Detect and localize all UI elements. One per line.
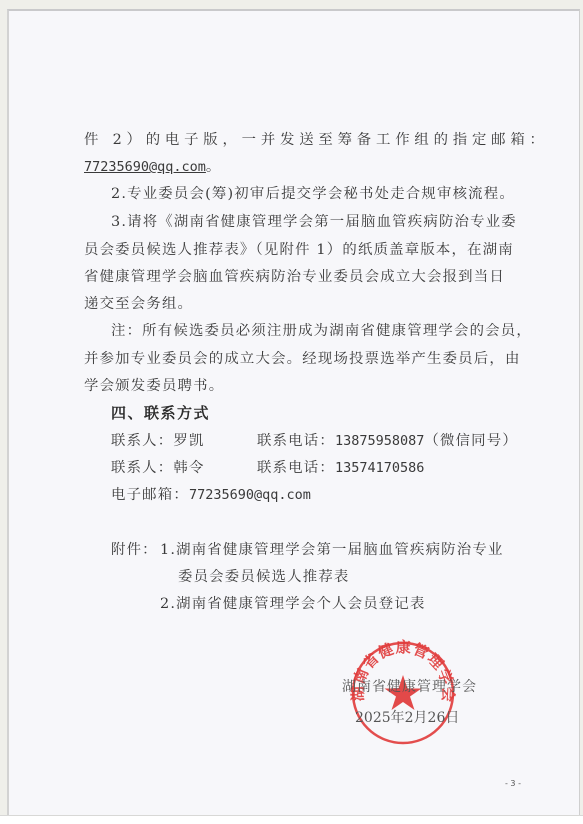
email-link[interactable]: 77235690@qq.com	[84, 159, 206, 175]
email-row: 电子邮箱：77235690@qq.com	[111, 485, 311, 505]
note-line-1: 注：所有候选委员必须注册成为湖南省健康管理学会的会员，	[111, 321, 532, 341]
contact-phone-row-1: 联系电话：13875958087（微信同号）	[257, 431, 518, 451]
contact-row-1: 联系人：罗凯	[111, 431, 205, 451]
phone-number: 13574170586	[335, 460, 424, 476]
contact-label: 联系人：	[111, 433, 173, 449]
contact-phone-row-2: 联系电话：13574170586	[257, 458, 424, 478]
page-number: - 3 -	[505, 779, 521, 788]
contact-name: 韩令	[173, 460, 204, 476]
attachments-label: 附件：	[111, 540, 158, 560]
contact-label: 联系人：	[111, 460, 173, 476]
item-3-line-2: 员会委员候选人推荐表》（见附件 1）的纸质盖章版本，在湖南	[84, 240, 514, 260]
document-page: 件 2）的电子版，一并发送至筹备工作组的指定邮箱： 77235690@qq.co…	[7, 9, 580, 815]
phone-number: 13875958087	[335, 433, 424, 449]
phone-note: （微信同号）	[424, 433, 518, 449]
phone-label: 联系电话：	[257, 433, 335, 449]
contact-name: 罗凯	[173, 433, 204, 449]
email-value[interactable]: 77235690@qq.com	[189, 487, 311, 503]
note-line-2: 并参加专业委员会的成立大会。经现场投票选举产生委员后，由	[84, 349, 521, 369]
item-3-line-4: 递交至会务组。	[84, 294, 193, 314]
email-label: 电子邮箱：	[111, 487, 189, 503]
period: 。	[206, 159, 220, 175]
attachment-2: 2.湖南省健康管理学会个人会员登记表	[160, 594, 426, 614]
contact-row-2: 联系人：韩令	[111, 458, 205, 478]
attachment-1-line-1: 1.湖南省健康管理学会第一届脑血管疾病防治专业	[160, 540, 504, 560]
item-3-line-1: 3.请将《湖南省健康管理学会第一届脑血管疾病防治专业委	[111, 212, 517, 232]
item-2: 2.专业委员会(筹)初审后提交学会秘书处走合规审核流程。	[111, 184, 515, 204]
note-line-3: 学会颁发委员聘书。	[84, 376, 224, 396]
frame-bottom-strip	[0, 815, 583, 824]
signature-organization: 湖南省健康管理学会	[342, 676, 477, 696]
signature-date: 2025年2月26日	[355, 707, 459, 727]
paragraph-line: 件 2）的电子版，一并发送至筹备工作组的指定邮箱：	[84, 130, 549, 150]
attachment-1-line-2: 委员会委员候选人推荐表	[178, 567, 350, 587]
phone-label: 联系电话：	[257, 460, 335, 476]
section-heading: 四、联系方式	[111, 403, 210, 423]
item-3-line-3: 省健康管理学会脑血管疾病防治专业委员会成立大会报到当日	[84, 267, 505, 287]
email-line: 77235690@qq.com。	[84, 157, 220, 177]
